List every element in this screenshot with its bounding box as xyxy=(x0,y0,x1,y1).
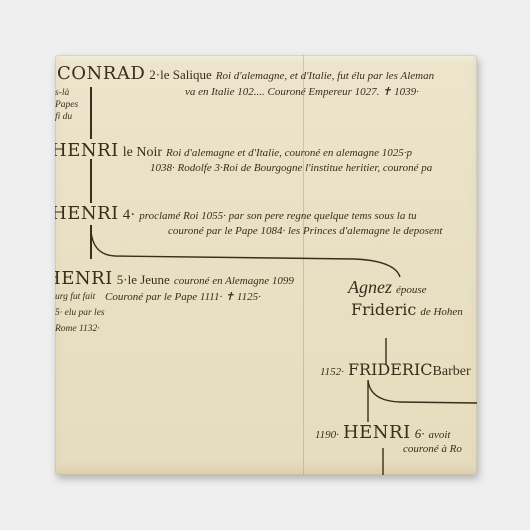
year: 1190· xyxy=(315,429,339,441)
year: 1152· xyxy=(320,366,344,378)
ceramic-tile: s-là Papes fi du urg fut fait 5· elu par… xyxy=(55,55,477,475)
ruler-description-2: couroné à Ro xyxy=(403,443,462,455)
person-name: Agnez xyxy=(348,277,392,297)
entry-frideric-barber: 1152· FRIDERICBarber xyxy=(320,360,471,380)
ruler-description-2: Couroné par le Pape 1111· ✝ 1125· xyxy=(105,290,261,303)
ruler-name: HENRI xyxy=(55,268,113,289)
person-note: épouse xyxy=(396,284,427,296)
ruler-name: FRIDERIC xyxy=(348,360,433,379)
genealogy-connectors xyxy=(55,55,477,475)
ruler-title: Barber xyxy=(433,364,471,379)
ruler-title: 6· xyxy=(415,426,425,441)
entry-agnez: Agnez épouse xyxy=(348,277,427,298)
ruler-description: avoit xyxy=(428,429,450,441)
ruler-description: couroné en Alemagne 1099 xyxy=(174,275,294,287)
entry-henri-6: 1190· HENRI 6· avoit xyxy=(315,422,450,443)
entry-henri-5: HENRI 5·le Jeune couroné en Alemagne 109… xyxy=(55,268,294,289)
ruler-title: 5·le Jeune xyxy=(117,272,170,287)
entry-frideric-hohen: Frideric de Hohen xyxy=(351,300,463,320)
person-name: Frideric xyxy=(351,300,416,319)
ruler-name: HENRI xyxy=(343,422,411,443)
person-note: de Hohen xyxy=(420,306,462,318)
